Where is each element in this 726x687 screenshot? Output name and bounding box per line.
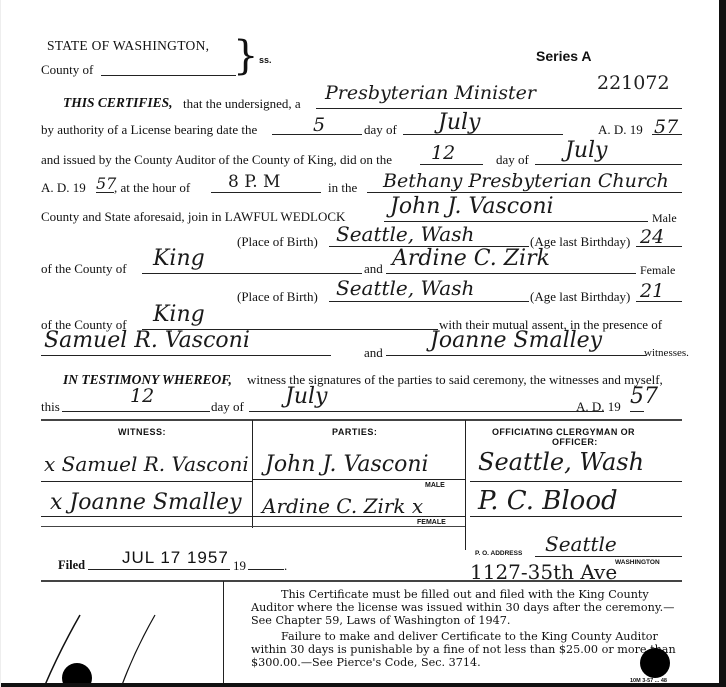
filed-period: . <box>284 558 287 574</box>
groom-age: 24 <box>640 226 664 248</box>
party-signature-female: Ardine C. Zirk x <box>262 494 423 518</box>
witness1-name: Samuel R. Vasconi <box>44 328 250 353</box>
in-the-label: in the <box>328 180 357 196</box>
groom-birthplace: Seattle, Wash <box>336 222 474 246</box>
day-of-label-2: day of <box>496 152 529 168</box>
and-label-2: and <box>364 345 383 361</box>
license-month-line <box>403 134 563 135</box>
notice-paragraph-1: This Certificate must be filled out and … <box>251 588 683 627</box>
scan-edge-bottom <box>0 683 726 687</box>
female-label: Female <box>640 263 675 278</box>
day-of-label-3: day of <box>211 399 244 415</box>
party-signature-male: John J. Vasconi <box>265 452 429 477</box>
ad-line-prefix: A. D. 19 <box>41 180 86 196</box>
filed-year-line <box>248 569 284 570</box>
sign-year-line <box>630 411 644 412</box>
witness2-name: Joanne Smalley <box>430 328 602 353</box>
brace: } <box>233 36 258 76</box>
ss-label: ss. <box>259 55 272 65</box>
groom-county-line <box>142 273 362 274</box>
party-sig-line-1 <box>252 479 465 480</box>
officiant-title: Presbyterian Minister <box>325 82 536 104</box>
day-of-label: day of <box>364 122 397 138</box>
officiant-line <box>316 108 682 109</box>
punch-hole-right <box>640 648 670 678</box>
witness-signature-2: x Joanne Smalley <box>50 490 242 515</box>
scan-edge-right <box>719 0 726 687</box>
state-label: STATE OF WASHINGTON, <box>47 38 209 54</box>
male-label: Male <box>652 211 677 226</box>
ceremony-day-line <box>420 164 483 165</box>
county-label: County of <box>41 62 93 78</box>
officiant-signature-name: P. C. Blood <box>478 486 618 516</box>
officiant-sig-line-2 <box>470 516 682 517</box>
filed-line <box>88 569 230 570</box>
ceremony-place: Bethany Presbyterian Church <box>383 170 669 192</box>
bride-age: 21 <box>640 280 664 302</box>
filed-label: Filed <box>58 558 85 573</box>
issued-text: and issued by the County Auditor of the … <box>41 152 392 168</box>
bottom-section-divider <box>223 581 224 683</box>
groom-birthplace-label: (Place of Birth) <box>237 234 318 250</box>
groom-county: King <box>153 246 205 271</box>
officiant-header-1: OFFICIATING CLERGYMAN OR <box>492 427 635 437</box>
ceremony-day: 12 <box>431 142 455 164</box>
witness-bottom-rule <box>41 526 252 527</box>
groom-name: John J. Vasconi <box>390 194 554 219</box>
sign-year: 57 <box>630 384 658 409</box>
filed-nineteen: 19 <box>233 558 246 574</box>
notice-paragraph-2: Failure to make and deliver Certificate … <box>251 630 683 669</box>
parties-bottom-rule <box>252 526 465 527</box>
ceremony-month: July <box>565 138 607 163</box>
table-top-rule <box>41 419 682 421</box>
hour: 8 P. M <box>228 172 280 192</box>
groom-county-label: of the County of <box>41 261 127 277</box>
washington-label: WASHINGTON <box>615 559 660 566</box>
witness2-line <box>386 355 646 356</box>
license-day: 5 <box>313 114 325 136</box>
bride-county: King <box>153 302 205 327</box>
pen-strokes <box>40 610 170 687</box>
po-address-city: Seattle <box>545 532 617 556</box>
male-tag: MALE <box>425 482 445 489</box>
bride-birthplace-label: (Place of Birth) <box>237 289 318 305</box>
and-label: and <box>364 261 383 277</box>
po-address-label: P. O. ADDRESS <box>475 550 522 557</box>
witness-sig-line-1 <box>41 481 252 482</box>
female-tag: FEMALE <box>417 519 446 526</box>
sign-month-line <box>249 411 604 412</box>
sign-day: 12 <box>130 385 154 407</box>
hour-text: , at the hour of <box>114 180 190 196</box>
bride-birthplace: Seattle, Wash <box>336 276 474 300</box>
officiant-signature-location: Seattle, Wash <box>478 448 644 476</box>
county-line <box>101 75 236 76</box>
wedlock-text: County and State aforesaid, join in LAWF… <box>41 209 345 225</box>
bride-name-line <box>386 273 636 274</box>
bride-age-label: (Age last Birthday) <box>530 289 630 305</box>
place-line <box>367 192 682 193</box>
filed-stamp: JUL 17 1957 <box>122 548 229 568</box>
license-year: 57 <box>654 116 678 138</box>
officiant-header-2: OFFICER: <box>552 437 598 447</box>
bottom-section-rule <box>41 580 682 582</box>
witness-signature-1: x Samuel R. Vasconi <box>44 452 249 476</box>
witness1-line <box>41 355 331 356</box>
hour-line <box>211 192 321 193</box>
ad-label: A. D. 19 <box>598 122 643 138</box>
bride-birthplace-line <box>329 301 529 302</box>
certifies-lead: THIS CERTIFIES, <box>63 95 173 111</box>
bride-name: Ardine C. Zirk <box>392 246 550 271</box>
witnesses-label: witnesses. <box>644 347 689 359</box>
sign-day-line <box>62 411 210 412</box>
license-text: by authority of a License bearing date t… <box>41 122 257 138</box>
parties-header: PARTIES: <box>332 427 377 437</box>
sign-month: July <box>285 384 327 409</box>
ceremony-month-line <box>535 164 682 165</box>
series-label: Series A <box>536 48 592 64</box>
table-divider-1 <box>252 420 253 528</box>
po-address-line <box>535 556 682 557</box>
table-divider-2 <box>465 420 466 550</box>
certificate-number: 221072 <box>597 72 670 94</box>
officiant-sig-line-1 <box>470 481 682 482</box>
this-label: this <box>41 399 60 415</box>
ad-label-2: A. D. 19 <box>576 399 621 415</box>
license-month: July <box>438 110 480 135</box>
certifies-text: that the undersigned, a <box>183 96 301 112</box>
witness-sig-line-2 <box>41 516 252 517</box>
witness-header: WITNESS: <box>118 427 166 437</box>
